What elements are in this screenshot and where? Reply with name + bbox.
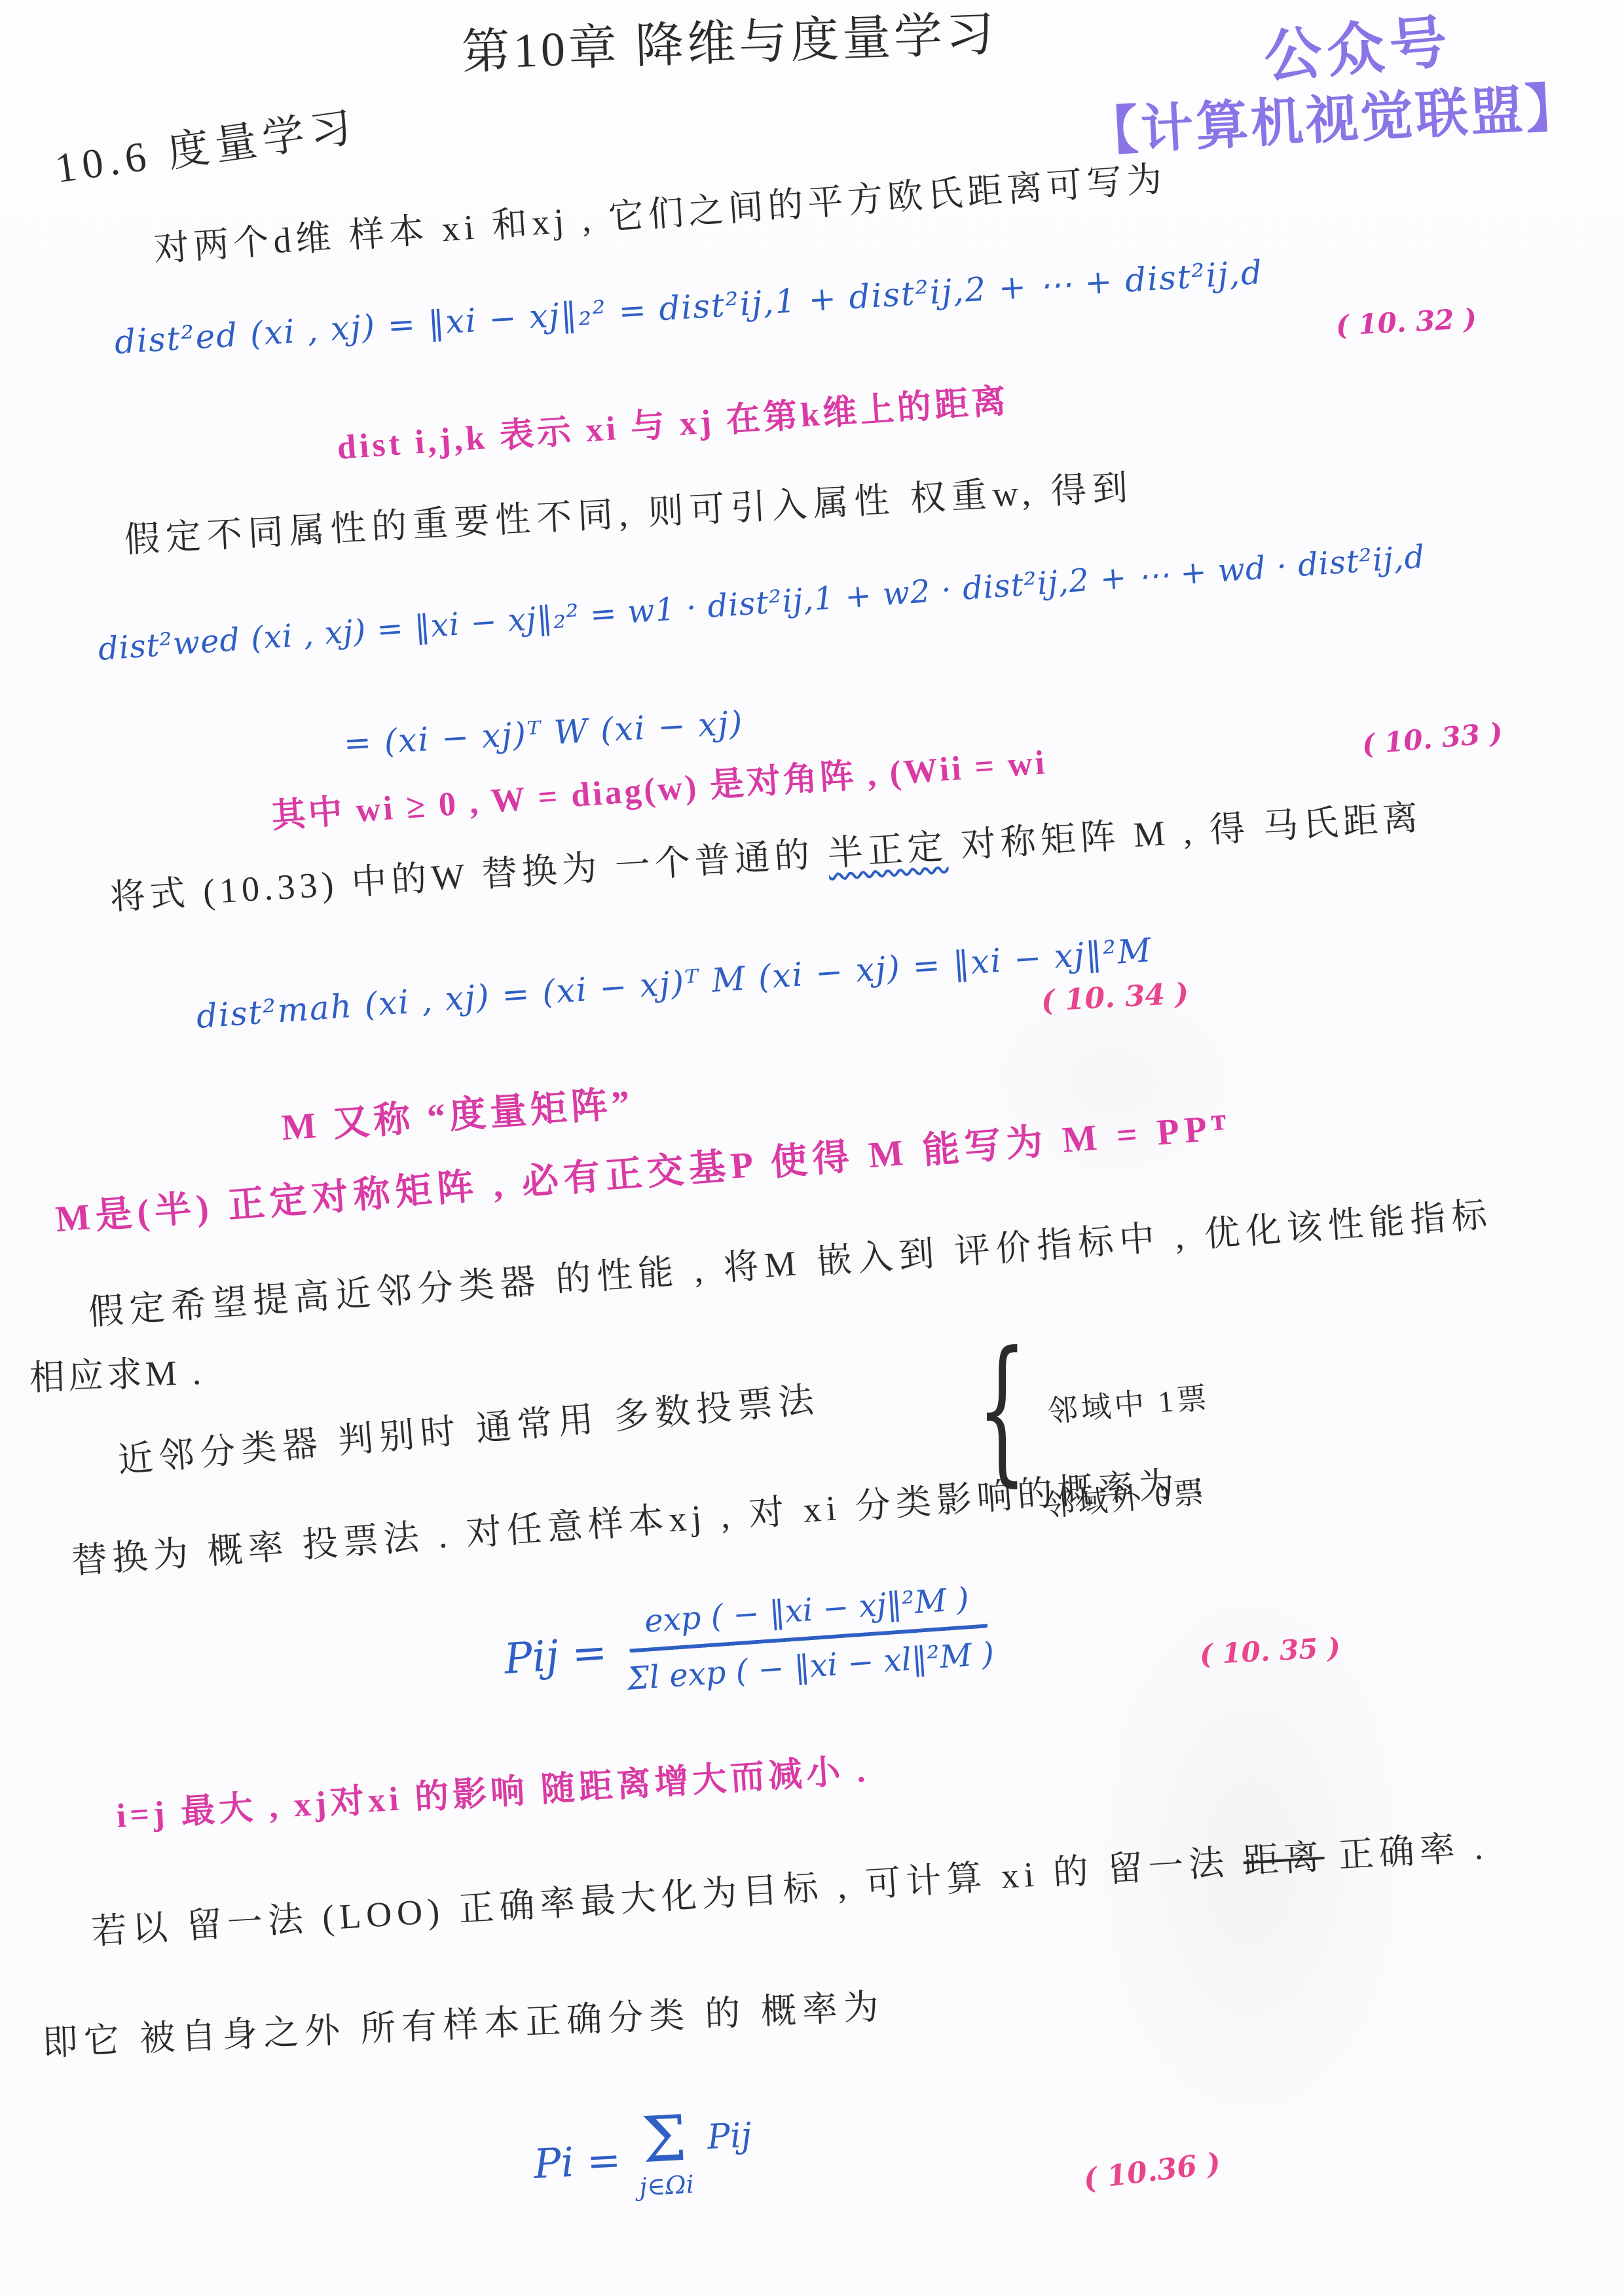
chapter-title: 第10章 降维与度量学习 [460, 4, 998, 83]
replace-w-line-post: 对称矩阵 M , 得 马氏距离 [946, 797, 1424, 866]
note-influence: i=j 最大 , xj对xi 的影响 随距离增大而减小 . [115, 1749, 870, 1838]
loo-line1-pre: 若以 留一法 (LOO) 正确率最大化为目标 , 可计算 xi 的 留一法 [90, 1842, 1244, 1951]
equation-10-36-rhs: Pij [706, 2115, 752, 2159]
watermark-account-name: 【计算机视觉联盟】 [1084, 65, 1582, 166]
intro-line: 对两个d维 样本 xi 和xj , 它们之间的平方欧氏距离可写为 [153, 157, 1168, 272]
equation-number-10-36: ( 10.36 ) [1082, 2145, 1223, 2198]
note-metric-matrix: M 又称 “度量矩阵” [280, 1080, 635, 1150]
note-psd-decomposition: M是(半) 正定对称矩阵 , 必有正交基P 使得 M 能写为 M = PPᵀ [54, 1104, 1233, 1243]
equation-number-10-33: ( 10. 33 ) [1361, 716, 1504, 762]
replace-w-line-pre: 将式 (10.33) 中的W 替换为 一个普通的 [109, 834, 829, 917]
psd-wavy-underline: 半正定 [826, 827, 948, 873]
equation-10-36: Pi = Σ j∈Ωi Pij [531, 2109, 754, 2208]
equation-number-10-34: ( 10. 34 ) [1041, 975, 1190, 1019]
sigma-subscript: j∈Ωi [638, 2169, 695, 2203]
loo-line1: 若以 留一法 (LOO) 正确率最大化为目标 , 可计算 xi 的 留一法 距离… [90, 1825, 1490, 1955]
equation-10-35-lhs: Pij = [502, 1626, 609, 1686]
notebook-page: 第10章 降维与度量学习 公众号 【计算机视觉联盟】 10.6 度量学习 对两个… [0, 0, 1624, 2296]
weights-line: 假定不同属性的重要性不同, 则可引入属性 权重w, 得到 [123, 465, 1134, 562]
equation-10-35: Pij = exp ( − ‖xi − xj‖²M ) Σl exp ( − ‖… [501, 1578, 995, 1707]
equation-10-36-sum: Σ j∈Ωi [635, 2111, 695, 2202]
knn-line2: 相应求M . [29, 1351, 205, 1401]
loo-line1-post: 正确率 . [1323, 1827, 1490, 1876]
equation-number-10-32: ( 10. 32 ) [1335, 302, 1478, 344]
equation-10-34: dist²mah (xi , xj) = (xi − xj)ᵀ M (xi − … [195, 930, 1154, 1037]
vote-line: 近邻分类器 判别时 通常用 多数投票法 [116, 1377, 821, 1483]
note-dist-definition: dist i,j,k 表示 xi 与 xj 在第k维上的距离 [336, 380, 1010, 469]
probability-vote-line: 替换为 概率 投票法 . 对任意样本xj , 对 xi 分类影响的概率为 : [71, 1461, 1210, 1584]
equation-10-33-line1: dist²wed (xi , xj) = ‖xi − xj‖₂² = w1 · … [97, 537, 1426, 669]
section-title: 10.6 度量学习 [52, 101, 361, 195]
vote-item-inside: 邻域中 1票 [1046, 1379, 1211, 1430]
sigma-symbol: Σ [640, 2112, 688, 2168]
equation-10-35-fraction: exp ( − ‖xi − xj‖²M ) Σl exp ( − ‖xi − x… [622, 1578, 995, 1699]
loo-struck-word: 距离 [1242, 1837, 1325, 1881]
equation-10-33-line2: = (xi − xj)ᵀ W (xi − xj) [342, 702, 745, 764]
equation-number-10-35: ( 10. 35 ) [1199, 1631, 1342, 1673]
loo-line2: 即它 被自身之外 所有样本正确分类 的 概率为 [42, 1985, 886, 2066]
equation-10-32: dist²ed (xi , xj) = ‖xi − xj‖₂² = dist²i… [113, 252, 1264, 363]
equation-10-36-lhs: Pi = [532, 2134, 622, 2189]
